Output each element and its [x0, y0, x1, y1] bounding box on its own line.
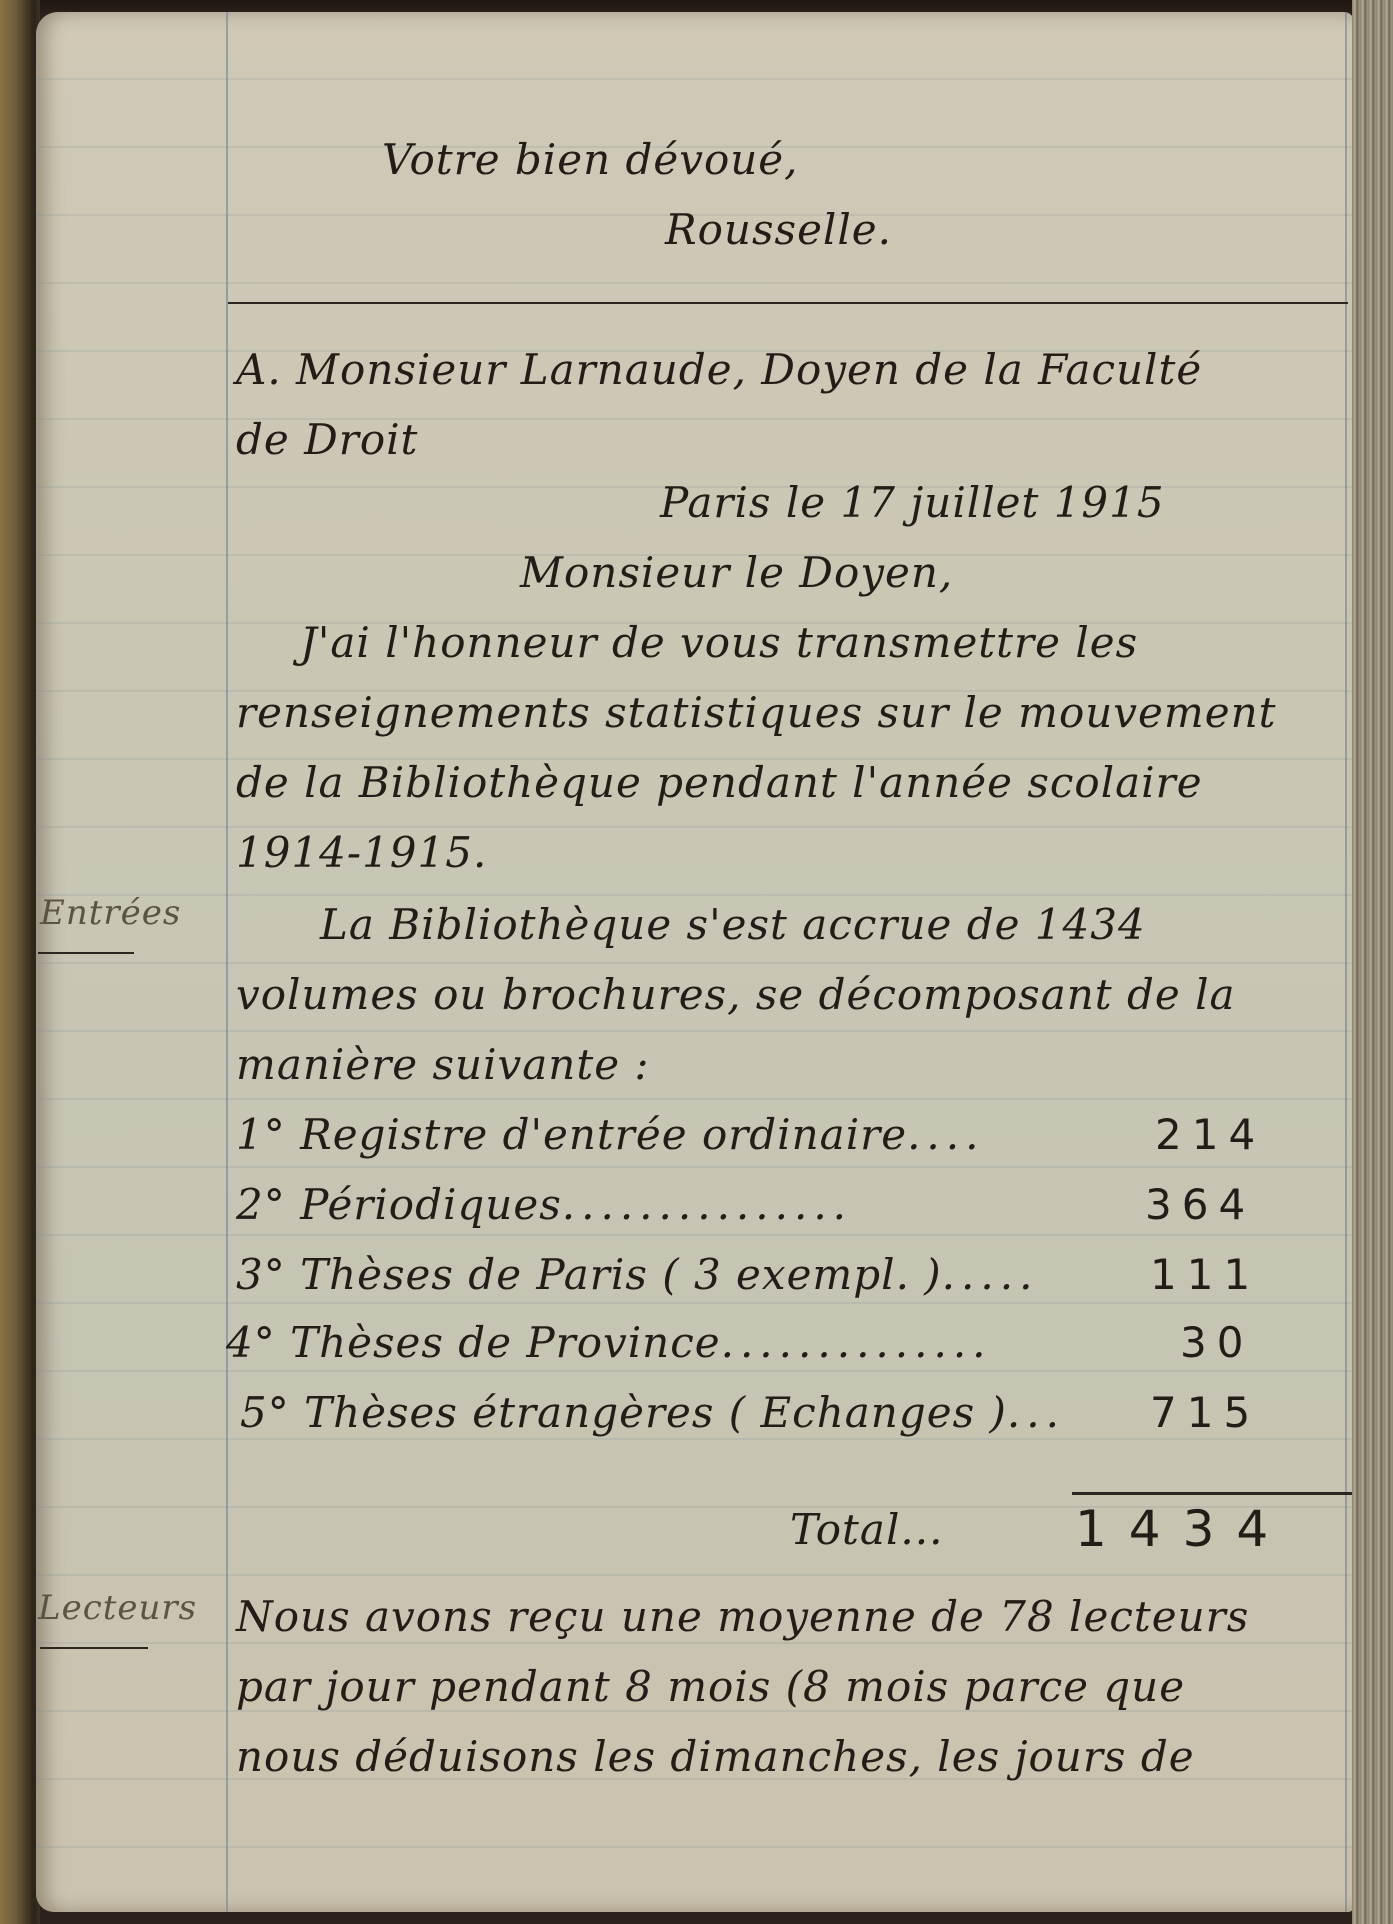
total-label: Total...: [790, 1505, 943, 1554]
entry-value: 364: [1145, 1180, 1255, 1229]
paragraph-2-line-1: La Bibliothèque s'est accrue de 1434: [320, 900, 1146, 949]
entry-label: 5° Thèses étrangères ( Echanges ): [240, 1388, 1007, 1437]
margin-note-underline: [40, 1647, 148, 1649]
closing-salutation: Votre bien dévoué,: [382, 135, 799, 184]
paragraph-1-line-1: J'ai l'honneur de vous transmettre les: [300, 618, 1138, 667]
book-spine: [0, 0, 40, 1924]
entry-label: 4° Thèses de Province: [226, 1318, 721, 1367]
entry-label: 2° Périodiques: [236, 1180, 562, 1229]
entry-row: 1° Registre d'entrée ordinaire....: [236, 1110, 984, 1159]
entry-row: 2° Périodiques...............: [236, 1180, 852, 1229]
entry-leader-dots: ...: [1007, 1388, 1065, 1437]
entry-value: 30: [1180, 1318, 1253, 1367]
margin-note-entrees: Entrées: [40, 893, 181, 933]
entry-label: 1° Registre d'entrée ordinaire: [236, 1110, 907, 1159]
entry-value: 214: [1155, 1110, 1265, 1159]
letter-greeting: Monsieur le Doyen,: [520, 548, 953, 597]
entry-label: 3° Thèses de Paris ( 3 exempl. ): [236, 1250, 942, 1299]
entry-value: 111: [1150, 1250, 1260, 1299]
entry-leader-dots: ...............: [562, 1180, 852, 1229]
paragraph-1-line-2: renseignements statistiques sur le mouve…: [236, 688, 1277, 737]
right-margin-line: [1345, 12, 1347, 1912]
paragraph-1-line-3: de la Bibliothèque pendant l'année scola…: [236, 758, 1203, 807]
page-edges: [1352, 0, 1393, 1924]
addressee-line-1: A. Monsieur Larnaude, Doyen de la Facult…: [236, 345, 1202, 394]
paragraph-3-line-2: par jour pendant 8 mois (8 mois parce qu…: [236, 1662, 1185, 1711]
margin-note-lecteurs: Lecteurs: [38, 1588, 197, 1628]
entry-value: 715: [1150, 1388, 1260, 1437]
section-divider: [228, 302, 1348, 304]
addressee-line-2: de Droit: [236, 415, 418, 464]
total-rule: [1072, 1492, 1352, 1495]
signature: Rousselle.: [665, 205, 892, 254]
entry-leader-dots: .....: [942, 1250, 1039, 1299]
entry-row: 5° Thèses étrangères ( Echanges )...: [240, 1388, 1065, 1437]
paragraph-3-line-1: Nous avons reçu une moyenne de 78 lecteu…: [236, 1592, 1249, 1641]
left-margin-line: [226, 12, 228, 1912]
entry-leader-dots: ..............: [721, 1318, 992, 1367]
entry-leader-dots: ....: [907, 1110, 984, 1159]
paragraph-2-line-2: volumes ou brochures, se décomposant de …: [236, 970, 1236, 1019]
letter-date: Paris le 17 juillet 1915: [660, 478, 1165, 527]
paragraph-2-line-3: manière suivante :: [236, 1040, 650, 1089]
paragraph-3-line-3: nous déduisons les dimanches, les jours …: [236, 1732, 1195, 1781]
entry-row: 3° Thèses de Paris ( 3 exempl. ).....: [236, 1250, 1038, 1299]
total-value: 1434: [1075, 1500, 1290, 1558]
margin-note-underline: [38, 952, 134, 954]
paragraph-1-line-4: 1914-1915.: [236, 828, 487, 877]
entry-row: 4° Thèses de Province..............: [226, 1318, 992, 1367]
